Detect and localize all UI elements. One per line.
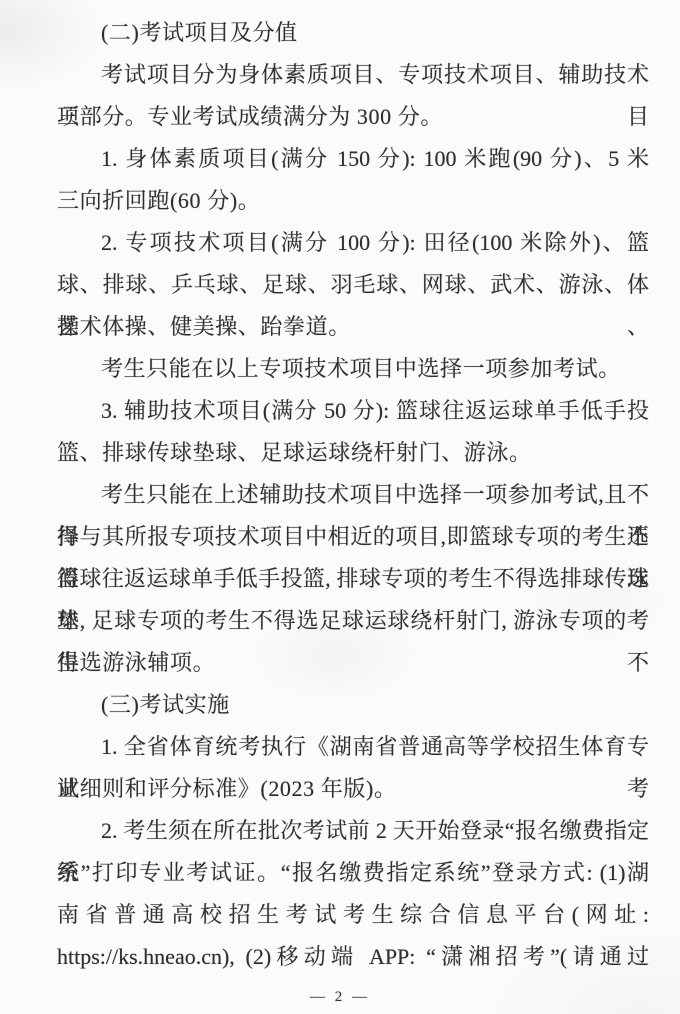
text-line: 2. 考生须在所在批次考试前 2 天开始登录“报名缴费指定系 (57, 810, 649, 852)
text-line: 考试项目分为身体素质项目、专项技术项目、辅助技术项目 (57, 54, 649, 96)
text-line: 篮球往返运球单手低手投篮, 排球专项的考生不得选排球传球垫 (57, 558, 649, 600)
text-line: 1. 全省体育统考执行《湖南省普通高等学校招生体育专业考 (57, 726, 649, 768)
text-line: 统”打印专业考试证。“报名缴费指定系统”登录方式: (1)湖 (57, 852, 649, 894)
text-line: 择与其所报专项技术项目中相近的项目,即篮球专项的考生不得选 (57, 516, 649, 558)
text-line: (二)考试项目及分值 (57, 12, 649, 54)
text-line: 考生只能在上述辅助技术项目中选择一项参加考试,且不得选 (57, 474, 649, 516)
text-line: (三)考试实施 (57, 684, 649, 726)
text-line: 2. 专项技术项目(满分 100 分): 田径(100 米除外)、篮 (57, 222, 649, 264)
text-line: 考生只能在以上专项技术项目中选择一项参加考试。 (57, 348, 649, 390)
text-line: 球、排球、乒乓球、足球、羽毛球、网球、武术、游泳、体操、 (57, 264, 649, 306)
text-line: 三向折回跑(60 分)。 (57, 180, 649, 222)
text-block: (二)考试项目及分值考试项目分为身体素质项目、专项技术项目、辅助技术项目三部分。… (57, 12, 649, 978)
page-number: — 2 — (0, 983, 680, 1011)
scanned-document-page: (二)考试项目及分值考试项目分为身体素质项目、专项技术项目、辅助技术项目三部分。… (0, 0, 680, 1014)
text-line: 南省普通高校招生考试考生综合信息平台(网址: (57, 894, 649, 936)
text-line: 3. 辅助技术项目(满分 50 分): 篮球往返运球单手低手投 (57, 390, 649, 432)
text-line: 球, 足球专项的考生不得选足球运球绕杆射门, 游泳专项的考生不 (57, 600, 649, 642)
text-line: https://ks.hneao.cn), (2)移动端 APP: “潇湘招考”… (57, 936, 649, 978)
text-line: 篮、排球传球垫球、足球运球绕杆射门、游泳。 (57, 432, 649, 474)
text-line: 1. 身体素质项目(满分 150 分): 100 米跑(90 分)、5 米 (57, 138, 649, 180)
